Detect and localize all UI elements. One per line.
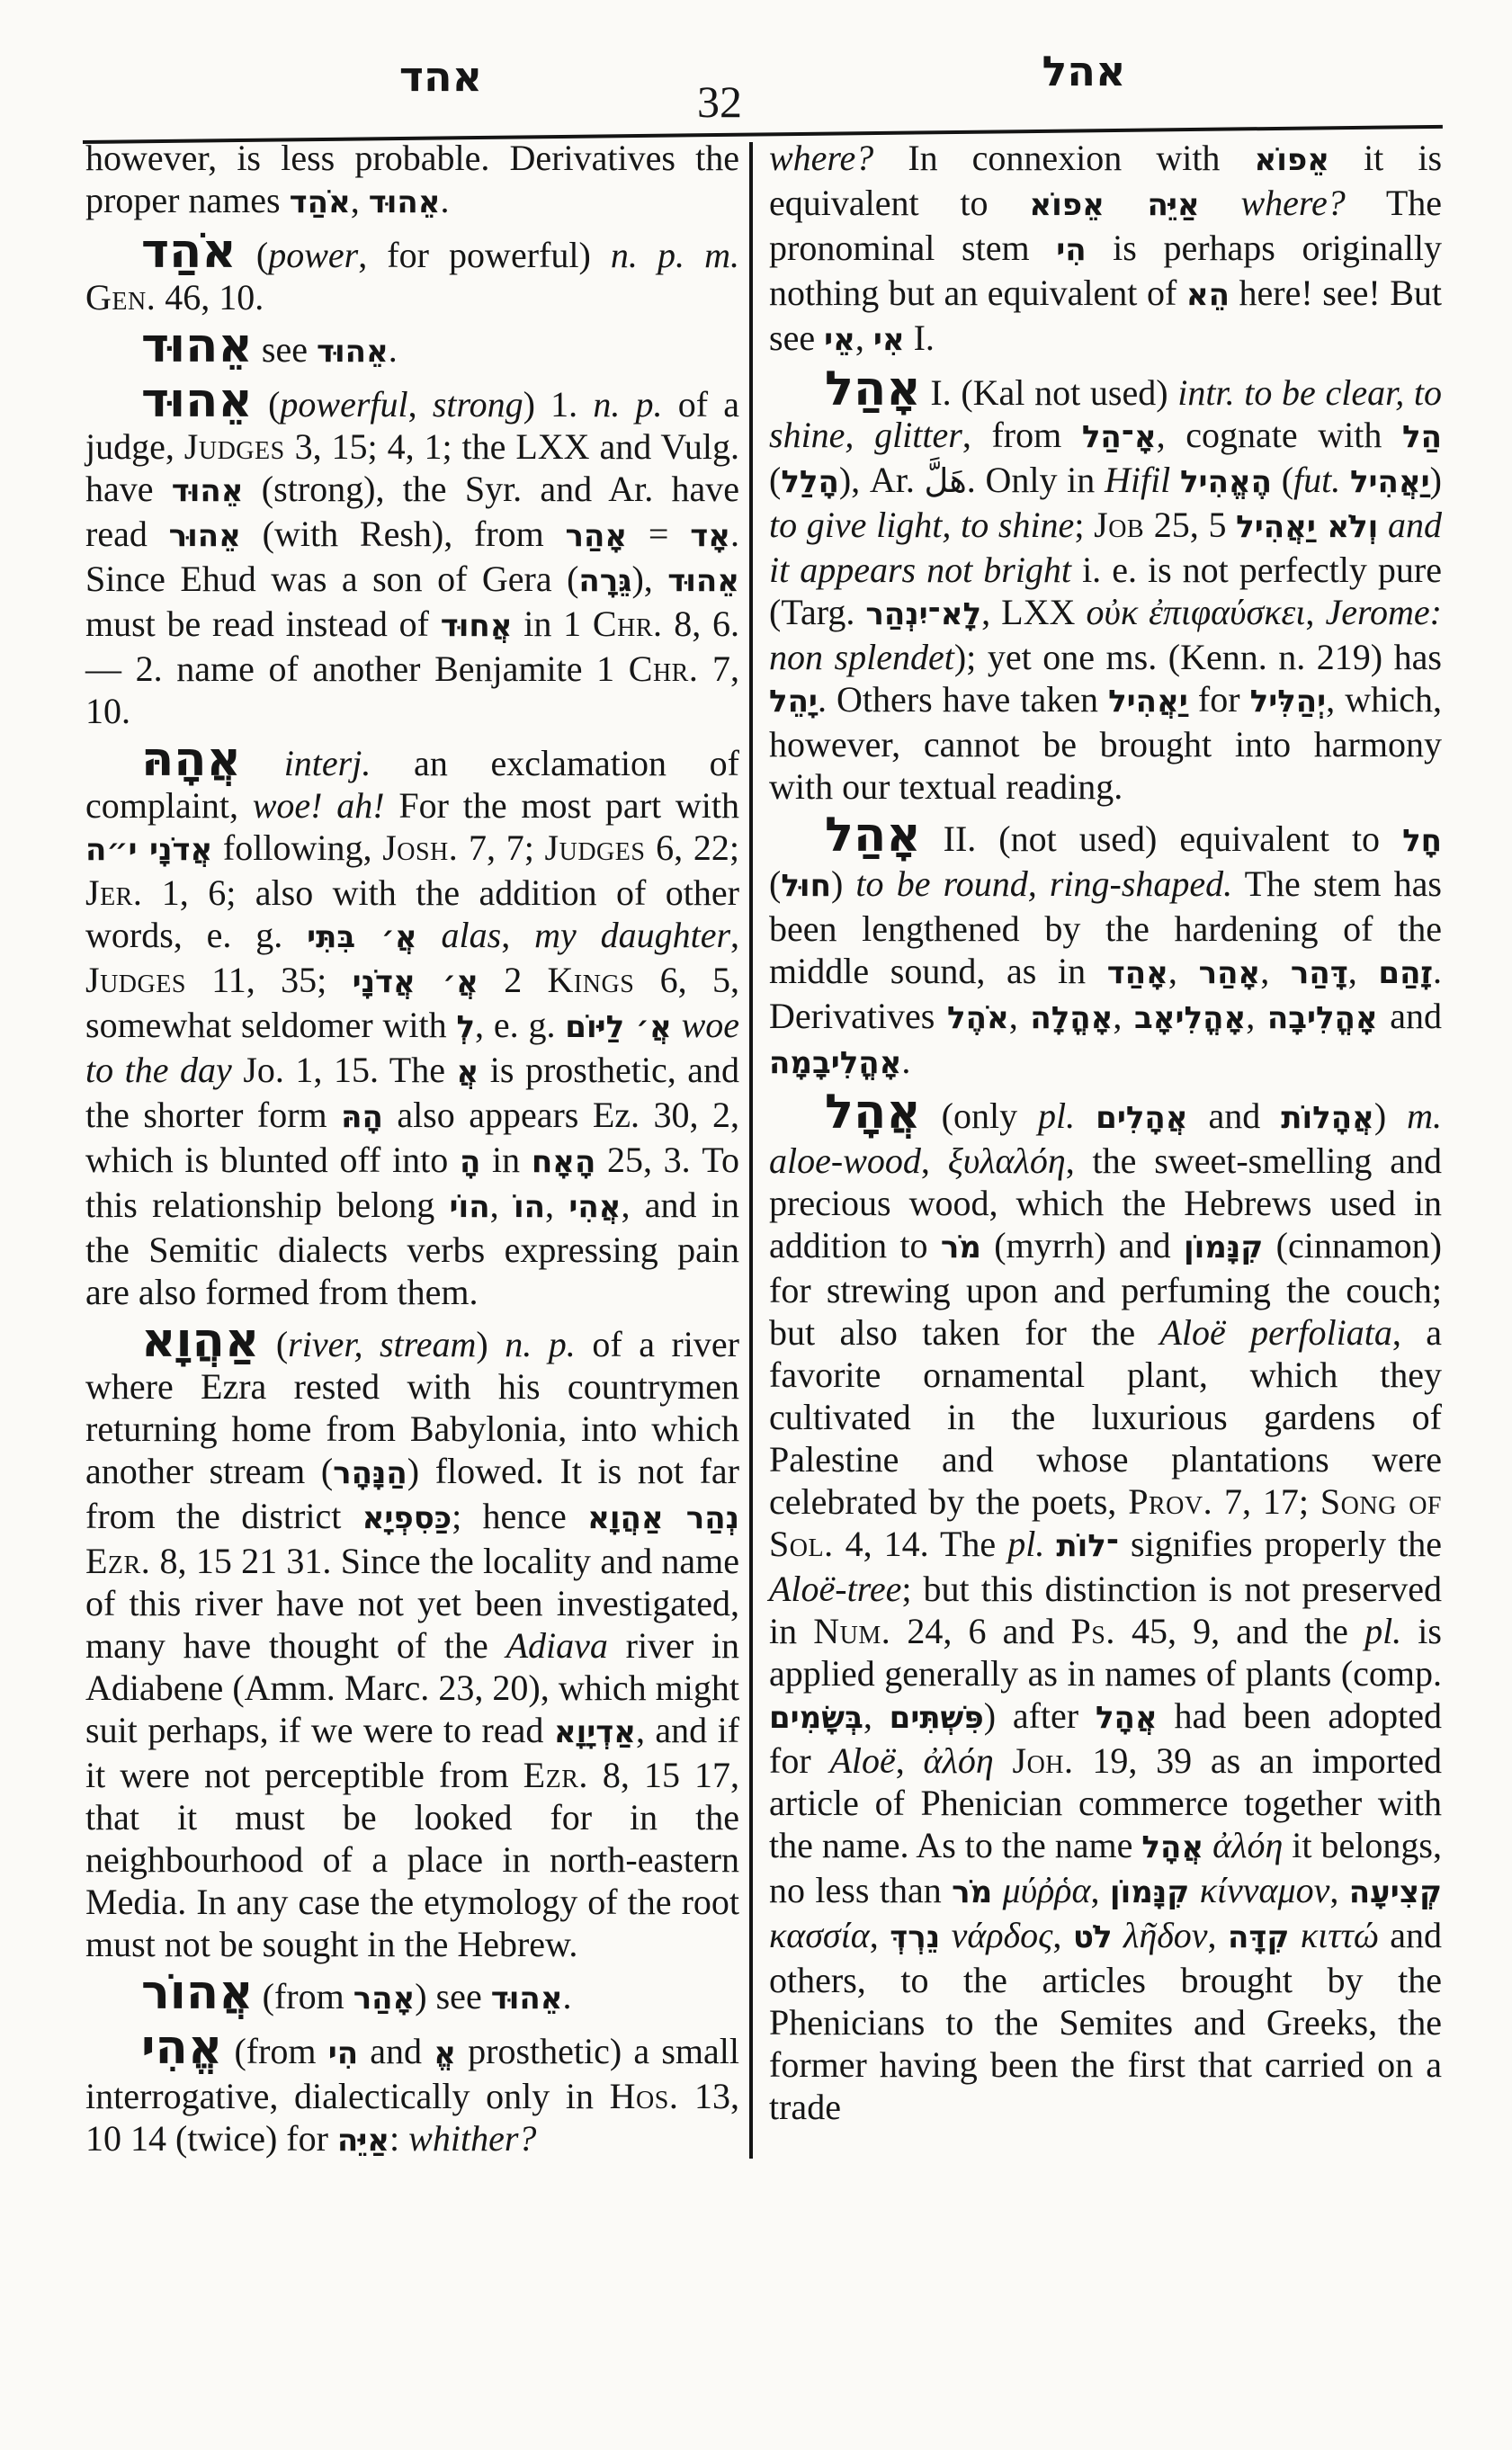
text-run: , — [1113, 996, 1134, 1036]
text-run: and — [1378, 996, 1442, 1036]
dictionary-entry: אֹהַד (power, for powerful) n. p. m. Gen… — [85, 230, 739, 318]
text-run — [1340, 460, 1350, 500]
hebrew-word: יַאֲהִיל — [1350, 464, 1430, 500]
greek-word: κίνναμον — [1200, 1870, 1330, 1910]
hebrew-word: אֵהוּד — [491, 1981, 563, 2016]
smallcaps-reference-run: Job — [1094, 505, 1144, 545]
hebrew-word: אֲ׳ לַיּוֹם — [565, 1009, 671, 1045]
hebrew-word: הִי — [1056, 232, 1086, 268]
hebrew-word: דָּהַר — [1291, 955, 1348, 991]
text-run: For the most part with — [385, 785, 739, 826]
hebrew-word: הָלַל — [781, 464, 839, 500]
text-run: 24, 6 and — [890, 1611, 1070, 1651]
italic-gloss-run: intr. — [1177, 372, 1234, 413]
text-run: see — [253, 329, 317, 370]
hebrew-word: לָא־יִנְהַר — [865, 596, 981, 632]
hebrew-word: הָ — [460, 1144, 480, 1180]
text-run — [1289, 1915, 1300, 1955]
italic-gloss-run: strong — [433, 384, 523, 425]
text-run: = — [627, 514, 690, 554]
text-run: , — [1168, 951, 1199, 991]
running-head-left-hebrew: אהד — [351, 52, 531, 101]
dictionary-entry: אַהֲוָא (river, stream) n. p. of a river… — [85, 1319, 739, 1965]
arabic-word: هَلَّ — [925, 461, 967, 500]
italic-gloss-run: powerful — [280, 384, 407, 425]
hebrew-word: זָהַם — [1378, 955, 1433, 991]
italic-gloss-run: where? — [769, 138, 873, 178]
text-run: . — [440, 180, 449, 220]
text-run: 25, 5 — [1144, 505, 1236, 545]
text-run: , — [408, 384, 433, 425]
smallcaps-reference-run: Joh. — [1013, 1740, 1074, 1781]
text-run: , e. g. — [475, 1005, 565, 1045]
hebrew-headword: אֵהוּד — [141, 318, 253, 373]
italic-gloss-run: woe! ah! — [253, 785, 385, 826]
left-column: however, is less probable. Derivatives t… — [85, 137, 739, 2162]
hebrew-word: יָהֵל — [769, 684, 818, 720]
hebrew-word: מֹר — [941, 1229, 981, 1265]
text-run — [1378, 505, 1388, 545]
text-run: , — [1329, 1870, 1348, 1910]
text-run — [1235, 372, 1245, 413]
hebrew-word: אֹהַד — [290, 184, 351, 220]
greek-word: κασσία — [769, 1915, 870, 1955]
hebrew-word: אֵהוּד — [172, 473, 244, 509]
hebrew-word: אָהֳלִיבָמָה — [769, 1045, 901, 1081]
text-run: signifies properly the — [1119, 1524, 1442, 1564]
hebrew-word: הַנָּהָר — [333, 1455, 407, 1491]
hebrew-word: נֵרְדְּ — [890, 1919, 940, 1955]
hebrew-word: אֵהוּד — [317, 334, 389, 370]
text-run: (from — [254, 1976, 353, 2016]
text-run: In connexion with — [873, 138, 1254, 178]
text-run: , — [1052, 1915, 1072, 1955]
hebrew-word: הָאָח — [532, 1144, 595, 1180]
text-run: following, — [212, 827, 382, 868]
greek-word: λῆδον — [1123, 1915, 1208, 1955]
text-run: (from — [222, 2031, 327, 2071]
hebrew-word: אֵפוֹא — [1254, 142, 1329, 178]
hebrew-word: הִי — [328, 2035, 358, 2071]
italic-gloss-run: Aloë-tree — [769, 1569, 901, 1609]
italic-gloss-run: river, stream — [288, 1324, 476, 1364]
italic-gloss-run: whither? — [408, 2118, 536, 2159]
text-run: , — [1260, 951, 1291, 991]
hebrew-headword: אָהַל — [825, 808, 921, 863]
text-run: , — [1246, 996, 1267, 1036]
hebrew-word: אָהַר — [353, 1981, 416, 2016]
dictionary-entry: אֲהָהּ interj. an exclamation of complai… — [85, 738, 739, 1313]
hebrew-word: ־לוֹת — [1056, 1528, 1119, 1564]
text-run: 11, 35; — [186, 960, 353, 1000]
text-run: ( — [1272, 460, 1293, 500]
hebrew-word: הָהּ — [341, 1099, 383, 1135]
hebrew-word: אֵי — [824, 322, 855, 358]
dictionary-entry: אָהַל I. (Kal not used) intr. to be clea… — [769, 368, 1442, 808]
italic-gloss-run: interj. — [284, 743, 371, 783]
text-run: : — [389, 2118, 408, 2159]
text-run: , — [896, 1740, 924, 1781]
text-run — [1044, 1524, 1056, 1564]
text-run: and — [1188, 1095, 1282, 1136]
italic-gloss-run: pl. — [1038, 1095, 1075, 1136]
text-run: (only — [921, 1095, 1038, 1136]
text-run: , — [1009, 996, 1031, 1036]
greek-word: ἀλόη — [924, 1740, 994, 1781]
hebrew-word: הוֹי — [450, 1189, 490, 1225]
italic-gloss-run: pl. — [1364, 1611, 1401, 1651]
text-run: for — [1188, 679, 1250, 720]
continuation-paragraph: where? In connexion with אֵפוֹא it is eq… — [769, 137, 1442, 362]
text-run: , — [863, 1695, 890, 1736]
text-run: , — [1208, 1915, 1228, 1955]
text-run: , — [1305, 592, 1325, 632]
right-column: where? In connexion with אֵפוֹא it is eq… — [769, 137, 1442, 2128]
text-run: ) see — [415, 1976, 490, 2016]
italic-gloss-run: n. p. m. — [611, 235, 739, 275]
italic-gloss-run: fut. — [1293, 460, 1340, 500]
smallcaps-reference-run: Chr. — [593, 604, 663, 644]
smallcaps-reference-run: Kings — [548, 960, 635, 1000]
hebrew-word: בְּשָׂמִים — [769, 1700, 863, 1736]
text-run: 45, 9, and the — [1115, 1611, 1364, 1651]
hebrew-word: הֵא — [1186, 277, 1230, 313]
italic-gloss-run: power — [268, 235, 358, 275]
hebrew-word: אֲהָלוֹת — [1281, 1100, 1374, 1136]
dictionary-page: אהד 32 אהל however, is less probable. De… — [0, 0, 1512, 2450]
hebrew-word: גֵּרָה — [578, 563, 631, 599]
italic-gloss-run: n. p. — [505, 1324, 576, 1364]
hebrew-word: נְהַר אַהֲוָא — [587, 1500, 739, 1536]
text-run: (myrrh) and — [981, 1225, 1184, 1265]
hebrew-headword: אֱהִי — [141, 2020, 222, 2075]
text-run: must be read instead of — [85, 604, 441, 644]
smallcaps-reference-run: Judges — [85, 960, 186, 1000]
text-run: Jo. 1, 15. The — [232, 1050, 457, 1090]
text-run: ), — [631, 559, 667, 599]
text-run — [672, 1005, 682, 1045]
hebrew-word: הוֹ — [514, 1189, 545, 1225]
text-run: ( — [769, 460, 781, 500]
text-run: ); yet one ms. (Kenn. n. 219) has — [954, 637, 1442, 677]
smallcaps-reference-run: Ezr. — [523, 1755, 588, 1795]
text-run: 4, 14. The — [834, 1524, 1008, 1564]
hebrew-word: חוּל — [781, 868, 831, 904]
text-run: ) after — [984, 1695, 1096, 1736]
text-run: , from — [962, 415, 1082, 455]
hebrew-word: מֹר — [952, 1874, 992, 1910]
smallcaps-reference-run: Jer. — [85, 872, 142, 913]
column-divider-rule — [749, 142, 753, 2159]
text-run — [1203, 1825, 1212, 1865]
text-run: in — [480, 1140, 531, 1180]
hebrew-word: אֲדֹנָי י״ה — [85, 832, 212, 868]
text-run: ; — [1074, 505, 1094, 545]
text-run: (with Resh), from — [241, 514, 566, 554]
text-run: in 1 — [513, 604, 593, 644]
text-run — [992, 1870, 1002, 1910]
greek-word: οὐκ ἐπιφαύσκει — [1086, 592, 1305, 632]
greek-word: ξυλαλόη — [948, 1140, 1066, 1181]
hebrew-word: אָהֳלִיבָה — [1267, 1000, 1378, 1036]
hebrew-headword: אֲהוֹר — [141, 1965, 254, 2020]
text-run: , — [545, 1185, 568, 1225]
hebrew-word: אָהֳלִיאָב — [1134, 1000, 1246, 1036]
greek-word: νάρδος — [952, 1915, 1053, 1955]
text-run: ) — [1374, 1095, 1407, 1136]
hebrew-word: קִדָּה — [1228, 1919, 1289, 1955]
text-run: ; hence — [452, 1496, 587, 1536]
italic-gloss-run: where? — [1240, 183, 1345, 223]
italic-gloss-run: Aloë perfoliata — [1159, 1312, 1391, 1353]
text-run: 46, 10. — [156, 277, 264, 317]
hebrew-headword: אָהַל — [825, 362, 921, 416]
hebrew-word: קִנָּמוֹן — [1110, 1874, 1189, 1910]
dictionary-entry: אֲהוֹר (from אָהַר) see אֵהוּד. — [85, 1972, 739, 2020]
hebrew-headword: אֹהַד — [141, 224, 237, 279]
italic-gloss-run: aloe-wood — [769, 1140, 921, 1181]
continuation-paragraph: however, is less probable. Derivatives t… — [85, 137, 739, 224]
text-run: ), Ar. — [839, 460, 925, 500]
dictionary-entry: אֲהָל (only pl. אֲהָלִים and אֲהָלוֹת) m… — [769, 1091, 1442, 2128]
text-run: ) — [831, 863, 855, 904]
hebrew-word: הַל — [1402, 419, 1442, 455]
text-run: , — [1348, 951, 1379, 991]
text-run: , — [855, 317, 873, 358]
hebrew-word: חָל — [1402, 823, 1442, 859]
text-run: . Only in — [967, 460, 1105, 500]
hebrew-word: פִּשְׁתִּים — [890, 1700, 984, 1736]
hebrew-word: אֲהָלִים — [1096, 1100, 1187, 1136]
smallcaps-reference-run: Chr. — [629, 648, 699, 689]
dictionary-entry: אֱהִי (from הִי and אֱ prosthetic) a sma… — [85, 2026, 739, 2162]
hebrew-word: אָד — [690, 518, 730, 554]
hebrew-word: אֲחוּד — [441, 608, 513, 644]
text-run: II. (not used) equivalent to — [921, 818, 1402, 859]
text-run: , — [501, 915, 534, 955]
text-run: , cognate with — [1157, 415, 1402, 455]
hebrew-word: אֹהֶל — [947, 1000, 1009, 1036]
text-run: I. — [905, 317, 935, 358]
text-run: I. (Kal not used) — [921, 372, 1178, 413]
text-run: 7, 7; — [458, 827, 544, 868]
text-run: 6, 22; — [645, 827, 739, 868]
text-run: . Others have taken — [818, 679, 1108, 720]
hebrew-word: אָ־הַל — [1082, 419, 1157, 455]
hebrew-word: אַיֵּה — [337, 2123, 389, 2159]
hebrew-word: אִי — [873, 322, 905, 358]
hebrew-headword: אֲהָל — [825, 1085, 921, 1140]
hebrew-word: אֲהָל — [1141, 1829, 1203, 1865]
text-run: 2 — [479, 960, 548, 1000]
hebrew-headword: אֵהוּד — [141, 373, 253, 428]
italic-gloss-run: my daughter — [534, 915, 730, 955]
text-run: ( — [259, 1324, 288, 1364]
hebrew-word: קִנָּמוֹן — [1184, 1229, 1263, 1265]
text-run: . — [389, 329, 398, 370]
greek-word: ἀλόη — [1212, 1825, 1283, 1865]
text-run — [1200, 183, 1241, 223]
smallcaps-reference-run: Prov. — [1128, 1481, 1212, 1522]
text-run: , — [870, 1915, 890, 1955]
italic-gloss-run: pl. — [1007, 1524, 1044, 1564]
hebrew-word: אֱ — [434, 2035, 456, 2071]
smallcaps-reference-run: Judges — [184, 426, 285, 467]
hebrew-word: אֲ׳ אֲדֹנָי — [353, 964, 479, 1000]
hebrew-headword: אֲהָהּ — [141, 732, 241, 787]
text-run: ) — [476, 1324, 505, 1364]
italic-gloss-run: Hifil — [1105, 460, 1170, 500]
text-run — [417, 915, 442, 955]
text-run: . — [562, 1976, 571, 2016]
hebrew-word: אֲהָל — [1096, 1700, 1158, 1736]
greek-word: κιττώ — [1301, 1915, 1379, 1955]
text-run: ) 1. — [523, 384, 594, 425]
italic-gloss-run: Aloë — [829, 1740, 895, 1781]
hebrew-word: אָהַר — [1199, 955, 1261, 991]
smallcaps-reference-run: Judges — [545, 827, 646, 868]
text-run: , LXX — [981, 592, 1086, 632]
italic-gloss-run: m. — [1407, 1095, 1442, 1136]
text-run: ( — [769, 863, 781, 904]
italic-gloss-run: to be round, ring-shaped. — [855, 863, 1232, 904]
text-run: , — [921, 1140, 948, 1181]
hebrew-word: לֹט — [1073, 1919, 1113, 1955]
hebrew-word: אַדְיָוָא — [554, 1714, 636, 1750]
hebrew-word: קְצִיעָה — [1349, 1874, 1442, 1910]
text-run: , — [730, 915, 739, 955]
hebrew-word: לְ — [456, 1009, 475, 1045]
smallcaps-reference-run: Hos. — [610, 2076, 679, 2116]
page-number: 32 — [648, 76, 792, 128]
smallcaps-reference-run: Ezr. — [85, 1541, 150, 1581]
hebrew-headword: אַהֲוָא — [141, 1313, 259, 1368]
text-run — [241, 743, 284, 783]
text-run: and — [358, 2031, 434, 2071]
dictionary-entry: אֵהוּד (powerful, strong) 1. n. p. of a … — [85, 380, 739, 732]
text-run: ( — [253, 384, 281, 425]
hebrew-word: יַאֲהִיל — [1108, 684, 1188, 720]
text-run: . — [901, 1041, 910, 1081]
text-run: , — [1090, 1870, 1109, 1910]
italic-gloss-run: n. p. — [593, 384, 662, 425]
text-run: , for powerful) — [358, 235, 611, 275]
running-head-right-hebrew: אהל — [994, 47, 1174, 95]
text-run — [1113, 1915, 1123, 1955]
hebrew-word: אֲ — [456, 1054, 479, 1090]
text-run — [994, 1740, 1013, 1781]
smallcaps-reference-run: Num. — [813, 1611, 890, 1651]
text-run: , — [351, 180, 369, 220]
hebrew-word: וְלֹא יַאֲהִיל — [1236, 509, 1378, 545]
hebrew-word: הֶאֱהִיל — [1180, 464, 1272, 500]
hebrew-word: אָהַד — [1107, 955, 1168, 991]
text-run: 7, 17; — [1212, 1481, 1320, 1522]
dictionary-entry: אֵהוּד see אֵהוּד. — [85, 325, 739, 373]
hebrew-word: אֵהוּר — [169, 518, 241, 554]
italic-gloss-run: to give light, to shine — [769, 505, 1074, 545]
text-run: , — [490, 1185, 514, 1225]
greek-word: μύῤῥα — [1003, 1870, 1091, 1910]
hebrew-word: כַּסִפְיָא — [362, 1500, 452, 1536]
hebrew-word: יְהַלִּיל — [1250, 684, 1327, 720]
hebrew-word: אֵהוּד — [369, 184, 441, 220]
text-run — [1170, 460, 1180, 500]
text-run: ( — [237, 235, 268, 275]
hebrew-word: אֲ׳ בִּתִּי — [307, 919, 417, 955]
text-run: ) — [1430, 460, 1442, 500]
text-run — [1075, 1095, 1096, 1136]
smallcaps-reference-run: Ps. — [1071, 1611, 1115, 1651]
smallcaps-reference-run: Gen. — [85, 277, 156, 317]
hebrew-word: אָהַר — [566, 518, 628, 554]
italic-gloss-run: Adiava — [506, 1625, 608, 1666]
text-run — [940, 1915, 951, 1955]
smallcaps-reference-run: Josh. — [382, 827, 458, 868]
italic-gloss-run: alas — [442, 915, 502, 955]
hebrew-word: אָהֳלָה — [1030, 1000, 1113, 1036]
hebrew-word: אֲהִי — [568, 1189, 621, 1225]
dictionary-entry: אָהַל II. (not used) equivalent to חָל (… — [769, 814, 1442, 1085]
hebrew-word: אֵהוּד — [667, 563, 739, 599]
text-run — [1189, 1870, 1199, 1910]
hebrew-word: אַיֵּה אֵפוֹא — [1029, 187, 1199, 223]
